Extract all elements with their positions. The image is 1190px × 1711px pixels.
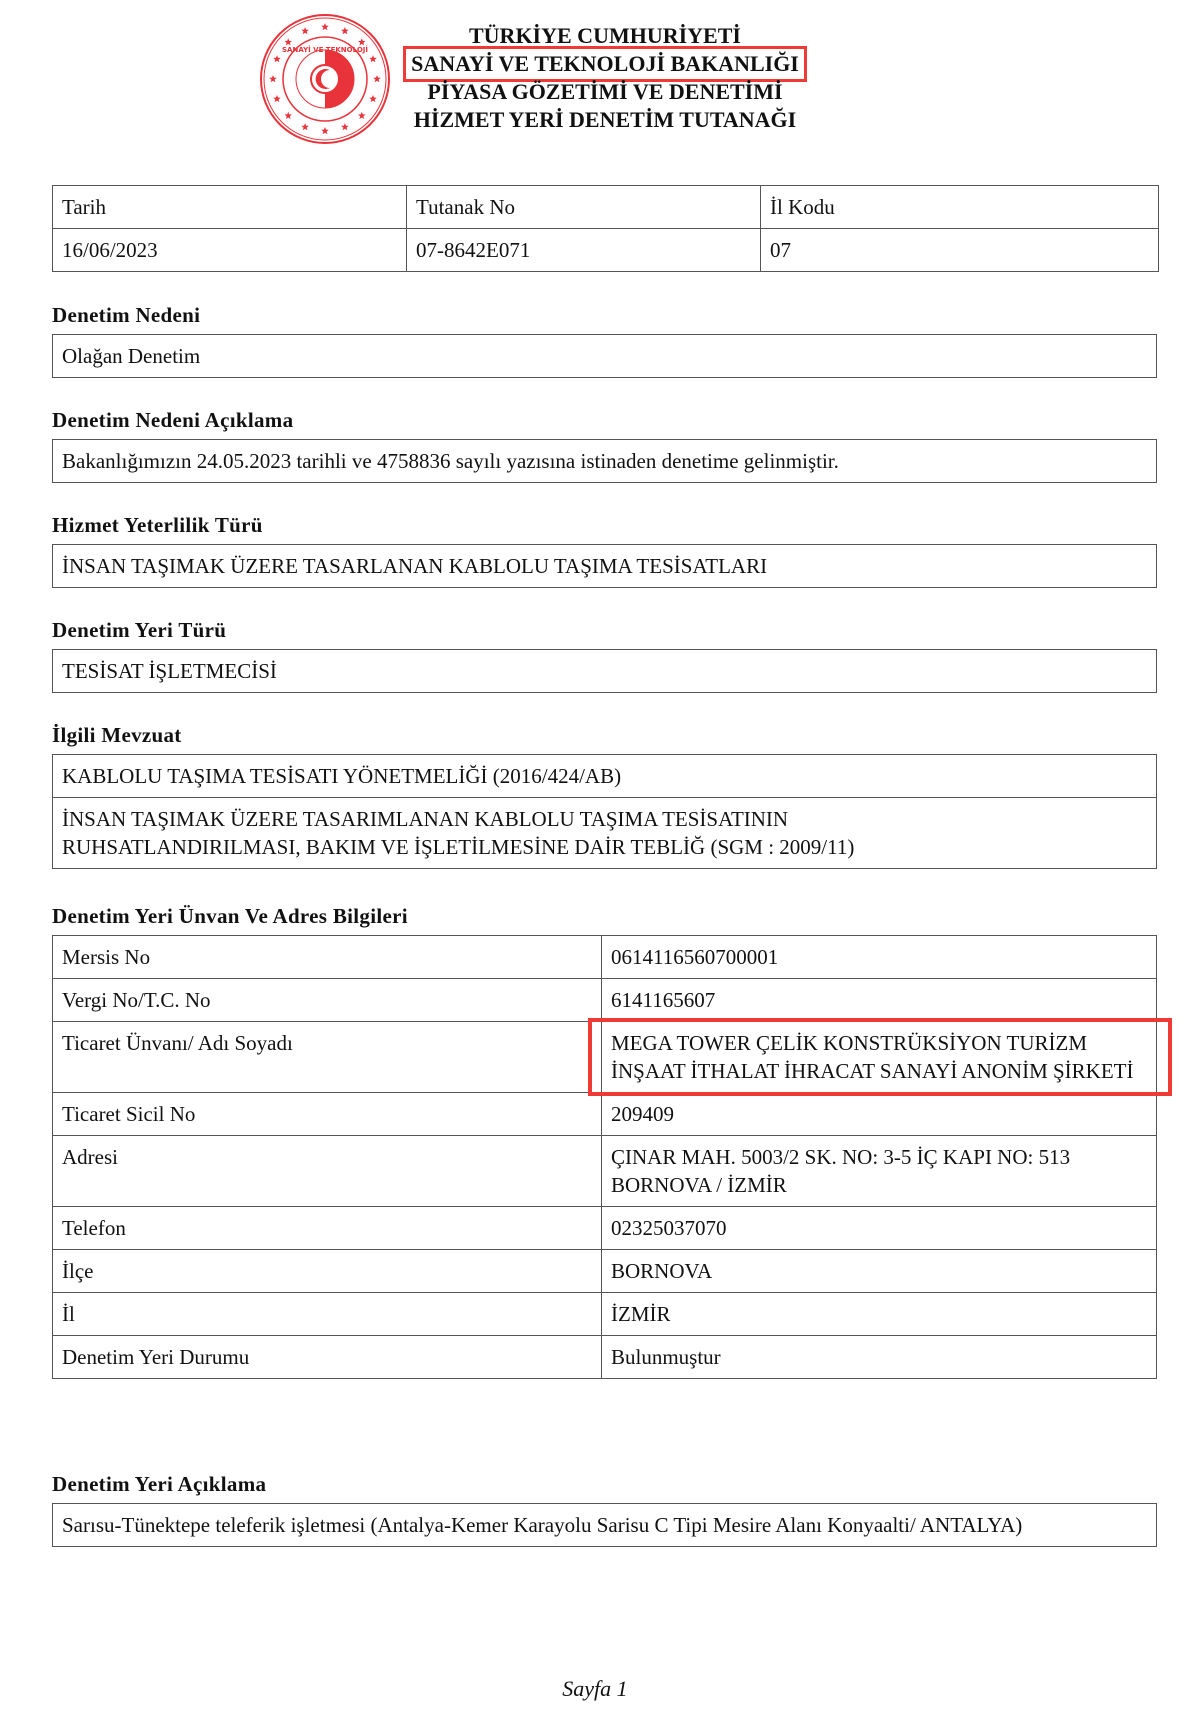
row-value: 6141165607 bbox=[602, 979, 1157, 1022]
row-key: Vergi No/T.C. No bbox=[53, 979, 602, 1022]
section-ilgili-mevzuat: İlgili Mevzuat KABLOLU TAŞIMA TESİSATI Y… bbox=[52, 723, 1157, 869]
mevzuat-item: KABLOLU TAŞIMA TESİSATI YÖNETMELİĞİ (201… bbox=[52, 754, 1157, 798]
section-label: Denetim Yeri Türü bbox=[52, 618, 1157, 643]
row-value: ÇINAR MAH. 5003/2 SK. NO: 3-5 İÇ KAPI NO… bbox=[602, 1136, 1157, 1207]
header-line-2-highlighted: SANAYİ VE TEKNOLOJİ BAKANLIĞI bbox=[407, 50, 803, 78]
section-label: Denetim Nedeni Açıklama bbox=[52, 408, 1157, 433]
summary-value-il-kodu: 07 bbox=[761, 229, 1159, 272]
summary-value-tutanak-no: 07-8642E071 bbox=[407, 229, 761, 272]
row-value: İZMİR bbox=[602, 1293, 1157, 1336]
section-label: Hizmet Yeterlilik Türü bbox=[52, 513, 1157, 538]
table-row: Denetim Yeri Durumu Bulunmuştur bbox=[53, 1336, 1157, 1379]
summary-header-tutanak-no: Tutanak No bbox=[407, 186, 761, 229]
company-name: MEGA TOWER ÇELİK KONSTRÜKSİYON TURİZM İN… bbox=[611, 1031, 1134, 1083]
page-number: Sayfa 1 bbox=[0, 1676, 1190, 1702]
row-value: 02325037070 bbox=[602, 1207, 1157, 1250]
section-denetim-nedeni: Denetim Nedeni Olağan Denetim bbox=[52, 303, 1157, 378]
section-hizmet-yeterlilik-turu: Hizmet Yeterlilik Türü İNSAN TAŞIMAK ÜZE… bbox=[52, 513, 1157, 588]
row-key: İl bbox=[53, 1293, 602, 1336]
table-row: Adresi ÇINAR MAH. 5003/2 SK. NO: 3-5 İÇ … bbox=[53, 1136, 1157, 1207]
highlight-frame bbox=[588, 1018, 1172, 1096]
row-key: Ticaret Sicil No bbox=[53, 1093, 602, 1136]
header-line-3: PİYASA GÖZETİMİ VE DENETİMİ bbox=[380, 78, 830, 106]
row-key: Denetim Yeri Durumu bbox=[53, 1336, 602, 1379]
summary-table: Tarih Tutanak No İl Kodu 16/06/2023 07-8… bbox=[52, 185, 1159, 272]
row-key: Mersis No bbox=[53, 936, 602, 979]
header-line-1: TÜRKİYE CUMHURİYETİ bbox=[380, 22, 830, 50]
table-row: İlçe BORNOVA bbox=[53, 1250, 1157, 1293]
svg-text:SANAYİ VE TEKNOLOJİ: SANAYİ VE TEKNOLOJİ bbox=[282, 45, 368, 54]
section-label: Denetim Nedeni bbox=[52, 303, 1157, 328]
section-denetim-nedeni-aciklama: Denetim Nedeni Açıklama Bakanlığımızın 2… bbox=[52, 408, 1157, 483]
ministry-seal-icon: SANAYİ VE TEKNOLOJİ bbox=[258, 12, 392, 146]
table-row: Ticaret Sicil No 209409 bbox=[53, 1093, 1157, 1136]
section-value: Bakanlığımızın 24.05.2023 tarihli ve 475… bbox=[52, 439, 1157, 483]
row-value: BORNOVA bbox=[602, 1250, 1157, 1293]
section-denetim-yeri-turu: Denetim Yeri Türü TESİSAT İŞLETMECİSİ bbox=[52, 618, 1157, 693]
section-value: Olağan Denetim bbox=[52, 334, 1157, 378]
row-key: İlçe bbox=[53, 1250, 602, 1293]
section-label: Denetim Yeri Açıklama bbox=[52, 1472, 1157, 1497]
table-row: Vergi No/T.C. No 6141165607 bbox=[53, 979, 1157, 1022]
section-label: Denetim Yeri Ünvan Ve Adres Bilgileri bbox=[52, 904, 1157, 929]
row-key: Ticaret Ünvanı/ Adı Soyadı bbox=[53, 1022, 602, 1093]
summary-value-tarih: 16/06/2023 bbox=[53, 229, 407, 272]
section-value: Sarısu-Tünektepe teleferik işletmesi (An… bbox=[52, 1503, 1157, 1547]
header-line-4: HİZMET YERİ DENETİM TUTANAĞI bbox=[380, 106, 830, 134]
mevzuat-item: İNSAN TAŞIMAK ÜZERE TASARIMLANAN KABLOLU… bbox=[52, 798, 1157, 869]
adres-table: Mersis No 0614116560700001 Vergi No/T.C.… bbox=[52, 935, 1157, 1379]
section-adres-bilgileri: Denetim Yeri Ünvan Ve Adres Bilgileri Me… bbox=[52, 904, 1157, 1379]
summary-header-tarih: Tarih bbox=[53, 186, 407, 229]
document-header: SANAYİ VE TEKNOLOJİ TÜRKİYE CUMHURİYETİ … bbox=[0, 0, 1190, 150]
row-value: 0614116560700001 bbox=[602, 936, 1157, 979]
row-value: 209409 bbox=[602, 1093, 1157, 1136]
section-denetim-yeri-aciklama: Denetim Yeri Açıklama Sarısu-Tünektepe t… bbox=[52, 1472, 1157, 1547]
table-row: Telefon 02325037070 bbox=[53, 1207, 1157, 1250]
row-value-highlighted: MEGA TOWER ÇELİK KONSTRÜKSİYON TURİZM İN… bbox=[602, 1022, 1157, 1093]
table-row: Ticaret Ünvanı/ Adı Soyadı MEGA TOWER ÇE… bbox=[53, 1022, 1157, 1093]
section-value: İNSAN TAŞIMAK ÜZERE TASARLANAN KABLOLU T… bbox=[52, 544, 1157, 588]
row-key: Adresi bbox=[53, 1136, 602, 1207]
section-label: İlgili Mevzuat bbox=[52, 723, 1157, 748]
section-value: TESİSAT İŞLETMECİSİ bbox=[52, 649, 1157, 693]
table-row: Mersis No 0614116560700001 bbox=[53, 936, 1157, 979]
header-titles: TÜRKİYE CUMHURİYETİ SANAYİ VE TEKNOLOJİ … bbox=[380, 22, 830, 134]
table-row: İl İZMİR bbox=[53, 1293, 1157, 1336]
row-value: Bulunmuştur bbox=[602, 1336, 1157, 1379]
row-key: Telefon bbox=[53, 1207, 602, 1250]
summary-header-il-kodu: İl Kodu bbox=[761, 186, 1159, 229]
